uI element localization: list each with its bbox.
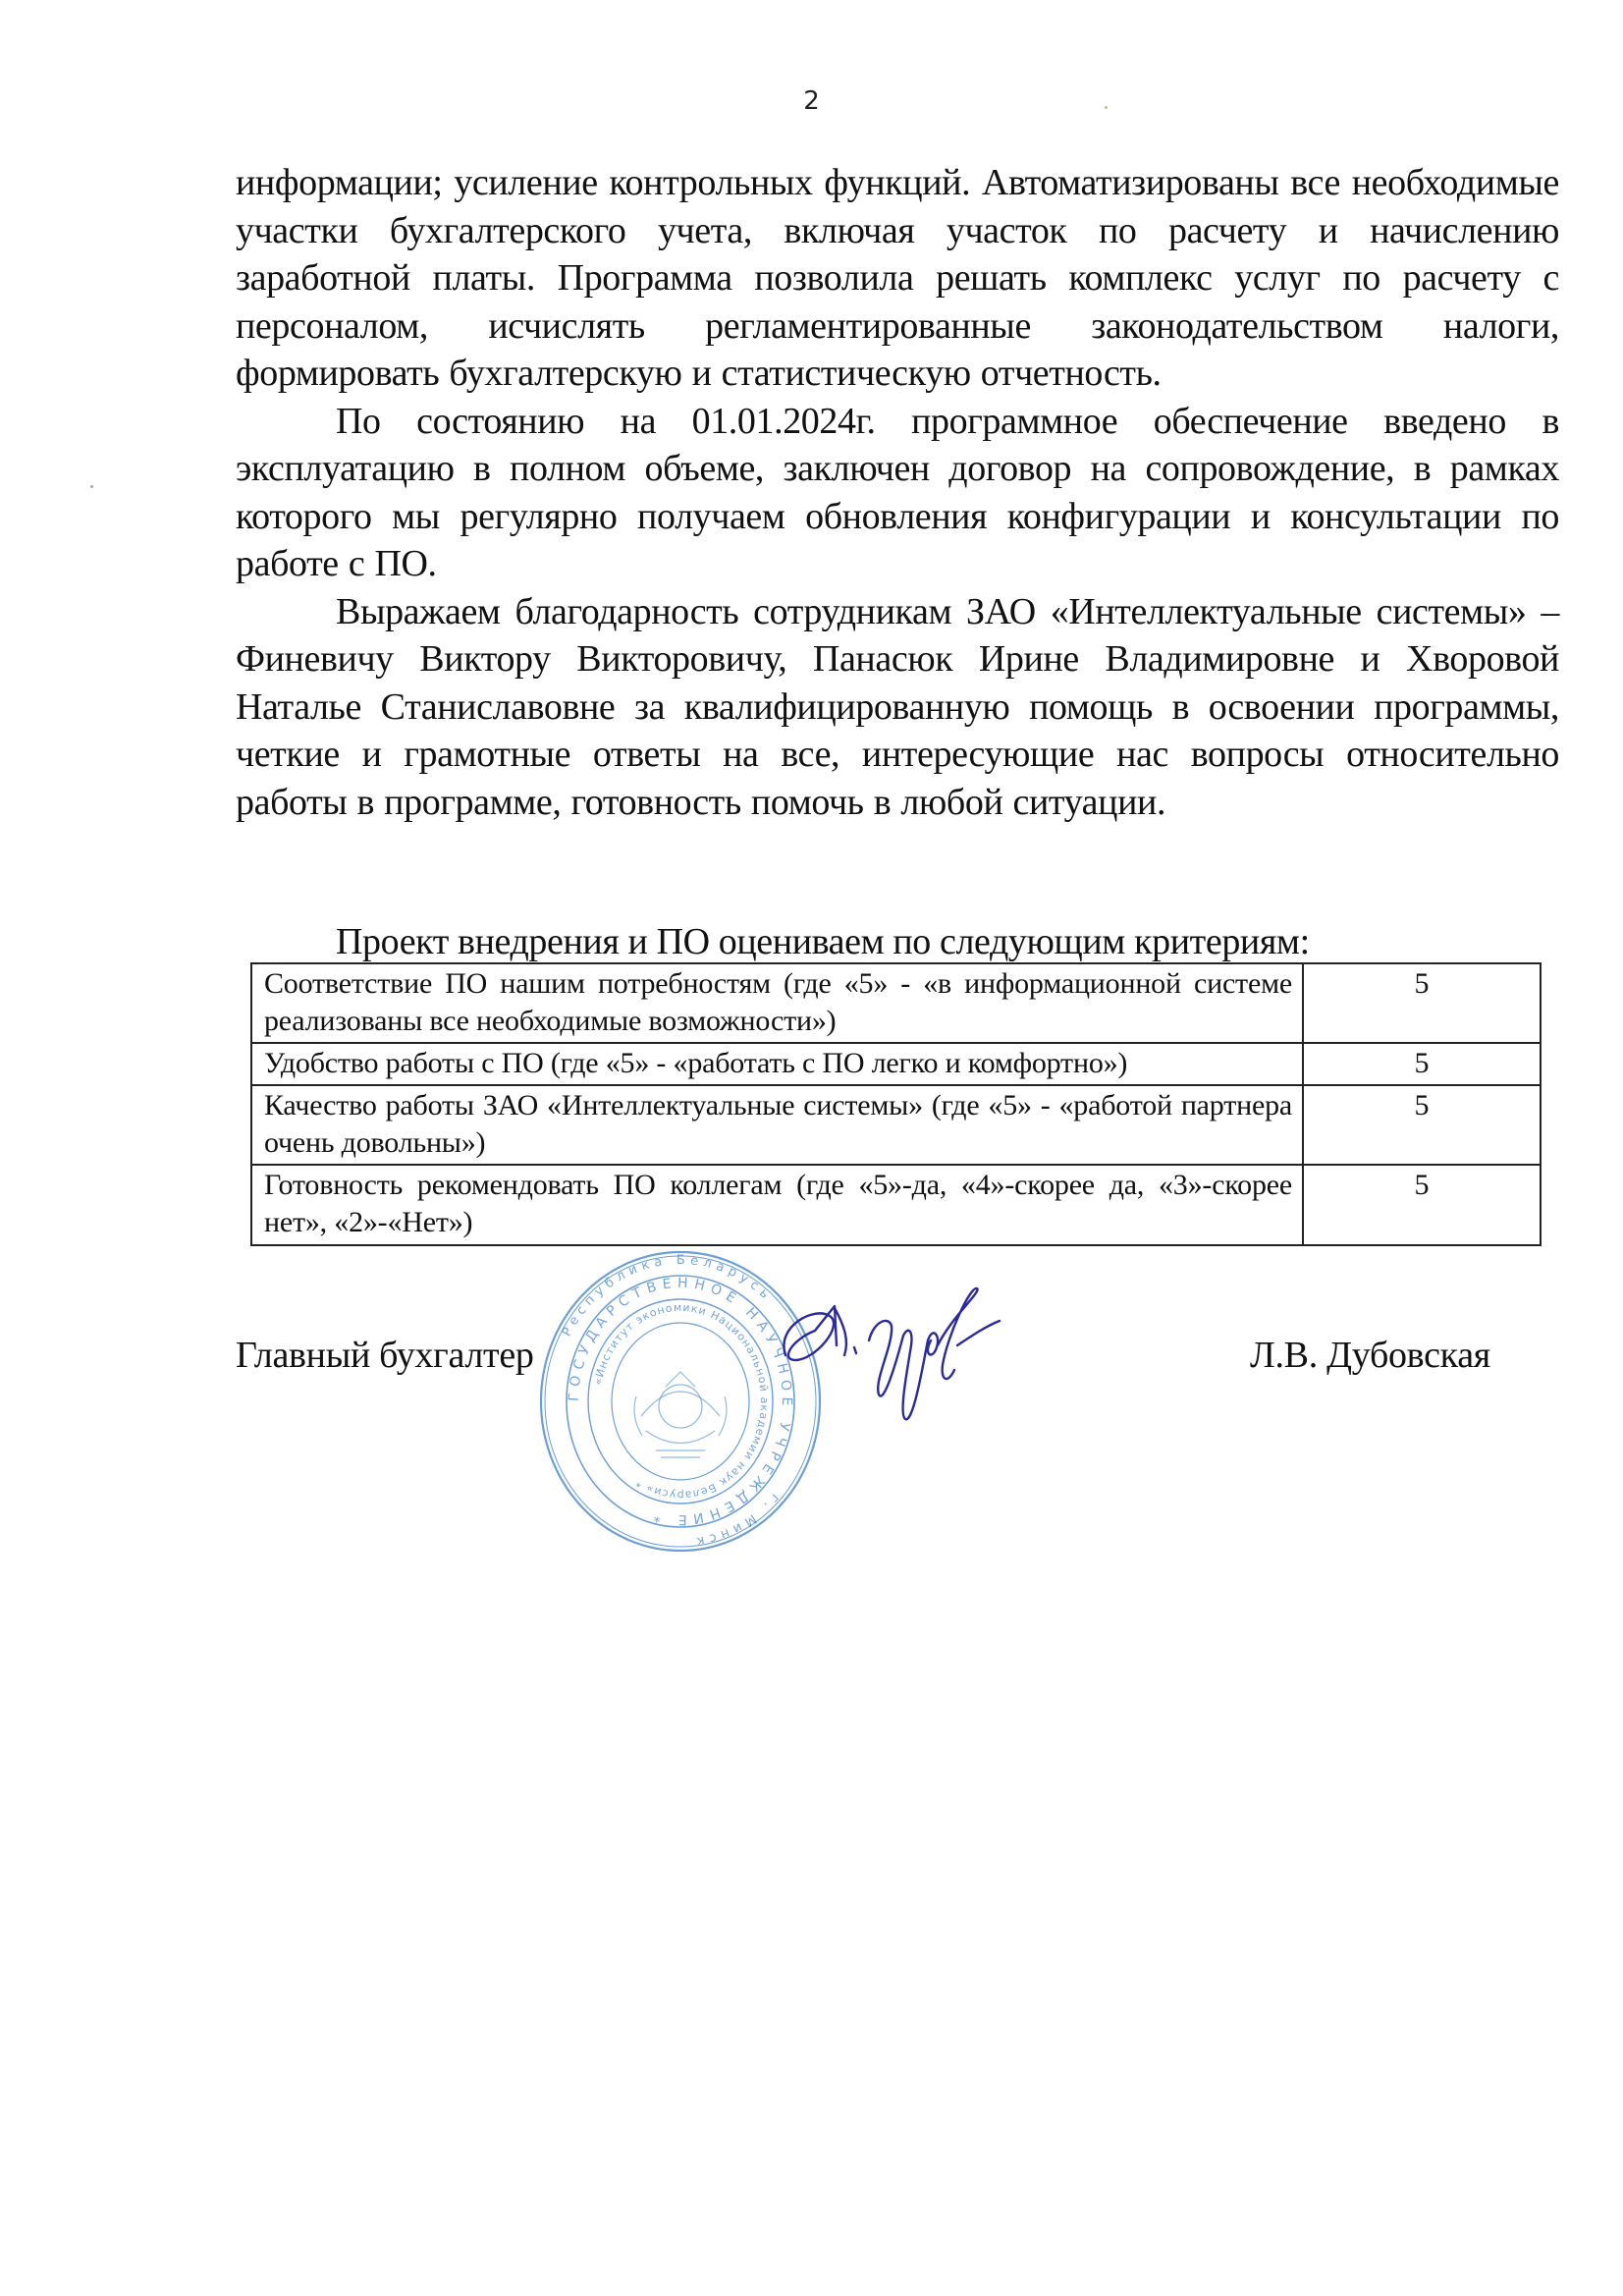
- evaluation-intro: Проект внедрения и ПО оцениваем по следу…: [336, 920, 1310, 963]
- score-cell: 5: [1303, 1085, 1541, 1165]
- criterion-cell: Качество работы ЗАО «Интеллектуальные си…: [251, 1085, 1303, 1165]
- table-row: Качество работы ЗАО «Интеллектуальные си…: [251, 1085, 1541, 1165]
- evaluation-table: Соответствие ПО нашим потребностям (где …: [250, 962, 1542, 1246]
- page-number: 2: [0, 86, 1623, 116]
- score-cell: 5: [1303, 1165, 1541, 1245]
- scan-artifact: [90, 485, 93, 488]
- table-row: Соответствие ПО нашим потребностям (где …: [251, 963, 1541, 1043]
- paragraph-gratitude: Выражаем благодарность сотрудникам ЗАО «…: [236, 588, 1559, 827]
- criterion-cell: Удобство работы с ПО (где «5» - «работат…: [251, 1043, 1303, 1085]
- scan-artifact: [1105, 106, 1108, 109]
- handwritten-signature-icon: [776, 1286, 1001, 1434]
- signatory-name: Л.В. Дубовская: [1250, 1334, 1490, 1377]
- table-row: Готовность рекомендовать ПО коллегам (гд…: [251, 1165, 1541, 1245]
- signatory-position: Главный бухгалтер: [236, 1334, 534, 1377]
- paragraph-status: По состоянию на 01.01.2024г. программное…: [236, 398, 1559, 588]
- score-cell: 5: [1303, 1043, 1541, 1085]
- table-row: Удобство работы с ПО (где «5» - «работат…: [251, 1043, 1541, 1085]
- score-cell: 5: [1303, 963, 1541, 1043]
- svg-text:«Институт экономики Национальн: «Институт экономики Национальной академи…: [591, 1301, 771, 1502]
- paragraph-automation: информации; усиление контрольных функций…: [236, 159, 1559, 398]
- criterion-cell: Соответствие ПО нашим потребностям (где …: [251, 963, 1303, 1043]
- letter-body: информации; усиление контрольных функций…: [236, 159, 1559, 826]
- criterion-cell: Готовность рекомендовать ПО коллегам (гд…: [251, 1165, 1303, 1245]
